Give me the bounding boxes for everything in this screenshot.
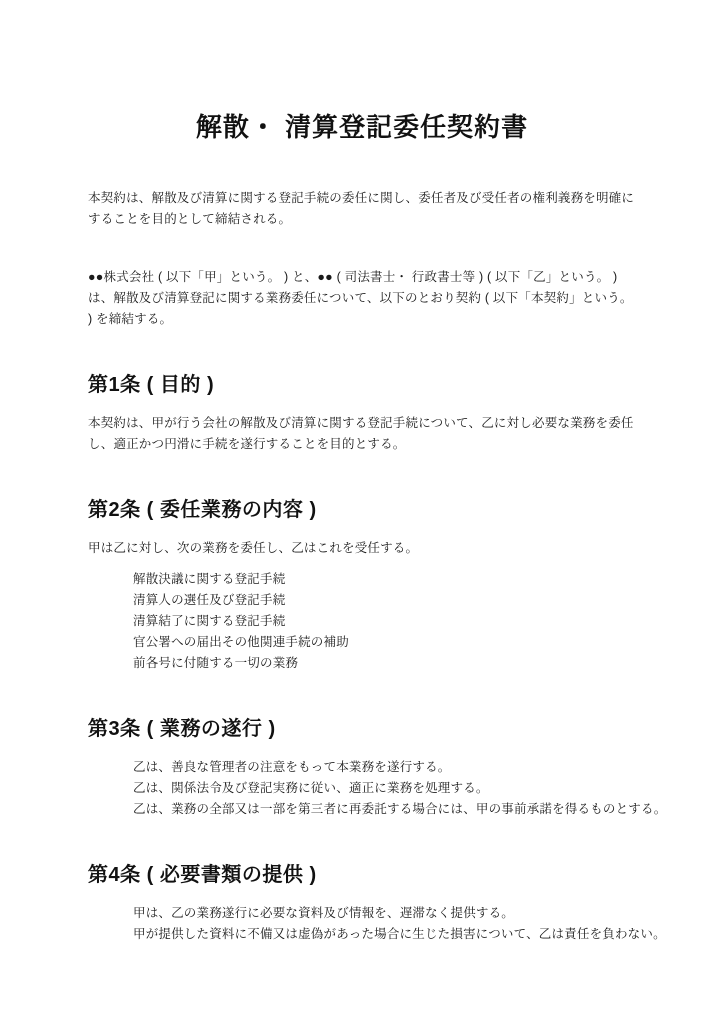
intro-paragraph-parties: ●●株式会社 ( 以下「甲」という。 ) と、●● ( 司法書士・ 行政書士等 … (88, 267, 636, 330)
list-item: 甲は、乙の業務遂行に必要な資料及び情報を、遅滞なく提供する。 (133, 903, 636, 924)
article-1-paragraph: 本契約は、甲が行う会社の解散及び清算に関する登記手続について、乙に対し必要な業務… (88, 413, 636, 455)
article-3: 第3条 ( 業務の遂行 ) 乙は、善良な管理者の注意をもって本業務を遂行する。 … (88, 716, 636, 820)
article-2: 第2条 ( 委任業務の内容 ) 甲は乙に対し、次の業務を委任し、乙はこれを受任す… (88, 497, 636, 674)
article-2-list: 解散決議に関する登記手続 清算人の選任及び登記手続 清算結了に関する登記手続 官… (88, 569, 636, 674)
article-3-list: 乙は、善良な管理者の注意をもって本業務を遂行する。 乙は、関係法令及び登記実務に… (88, 757, 636, 820)
article-4-list: 甲は、乙の業務遂行に必要な資料及び情報を、遅滞なく提供する。 甲が提供した資料に… (88, 903, 636, 945)
list-item: 清算結了に関する登記手続 (133, 611, 636, 632)
list-item: 清算人の選任及び登記手続 (133, 590, 636, 611)
intro-paragraph-purpose: 本契約は、解散及び清算に関する登記手続の委任に関し、委任者及び受任者の権利義務を… (88, 188, 636, 230)
article-4: 第4条 ( 必要書類の提供 ) 甲は、乙の業務遂行に必要な資料及び情報を、遅滞な… (88, 862, 636, 945)
article-2-heading: 第2条 ( 委任業務の内容 ) (88, 497, 636, 523)
article-1: 第1条 ( 目的 ) 本契約は、甲が行う会社の解散及び清算に関する登記手続につい… (88, 372, 636, 455)
article-3-heading: 第3条 ( 業務の遂行 ) (88, 716, 636, 742)
article-1-heading: 第1条 ( 目的 ) (88, 372, 636, 398)
article-2-paragraph: 甲は乙に対し、次の業務を委任し、乙はこれを受任する。 (88, 538, 636, 559)
article-4-heading: 第4条 ( 必要書類の提供 ) (88, 862, 636, 888)
list-item: 解散決議に関する登記手続 (133, 569, 636, 590)
document-content: 解散・ 清算登記委任契約書 本契約は、解散及び清算に関する登記手続の委任に関し、… (0, 0, 724, 945)
list-item: 乙は、関係法令及び登記実務に従い、適正に業務を処理する。 (133, 778, 636, 799)
document-title: 解散・ 清算登記委任契約書 (88, 0, 636, 144)
list-item: 甲が提供した資料に不備又は虚偽があった場合に生じた損害について、乙は責任を負わな… (133, 924, 636, 945)
list-item: 前各号に付随する一切の業務 (133, 653, 636, 674)
list-item: 官公署への届出その他関連手続の補助 (133, 632, 636, 653)
document-page: 解散・ 清算登記委任契約書 本契約は、解散及び清算に関する登記手続の委任に関し、… (0, 0, 724, 1024)
list-item: 乙は、業務の全部又は一部を第三者に再委託する場合には、甲の事前承諾を得るものとす… (133, 799, 636, 820)
list-item: 乙は、善良な管理者の注意をもって本業務を遂行する。 (133, 757, 636, 778)
